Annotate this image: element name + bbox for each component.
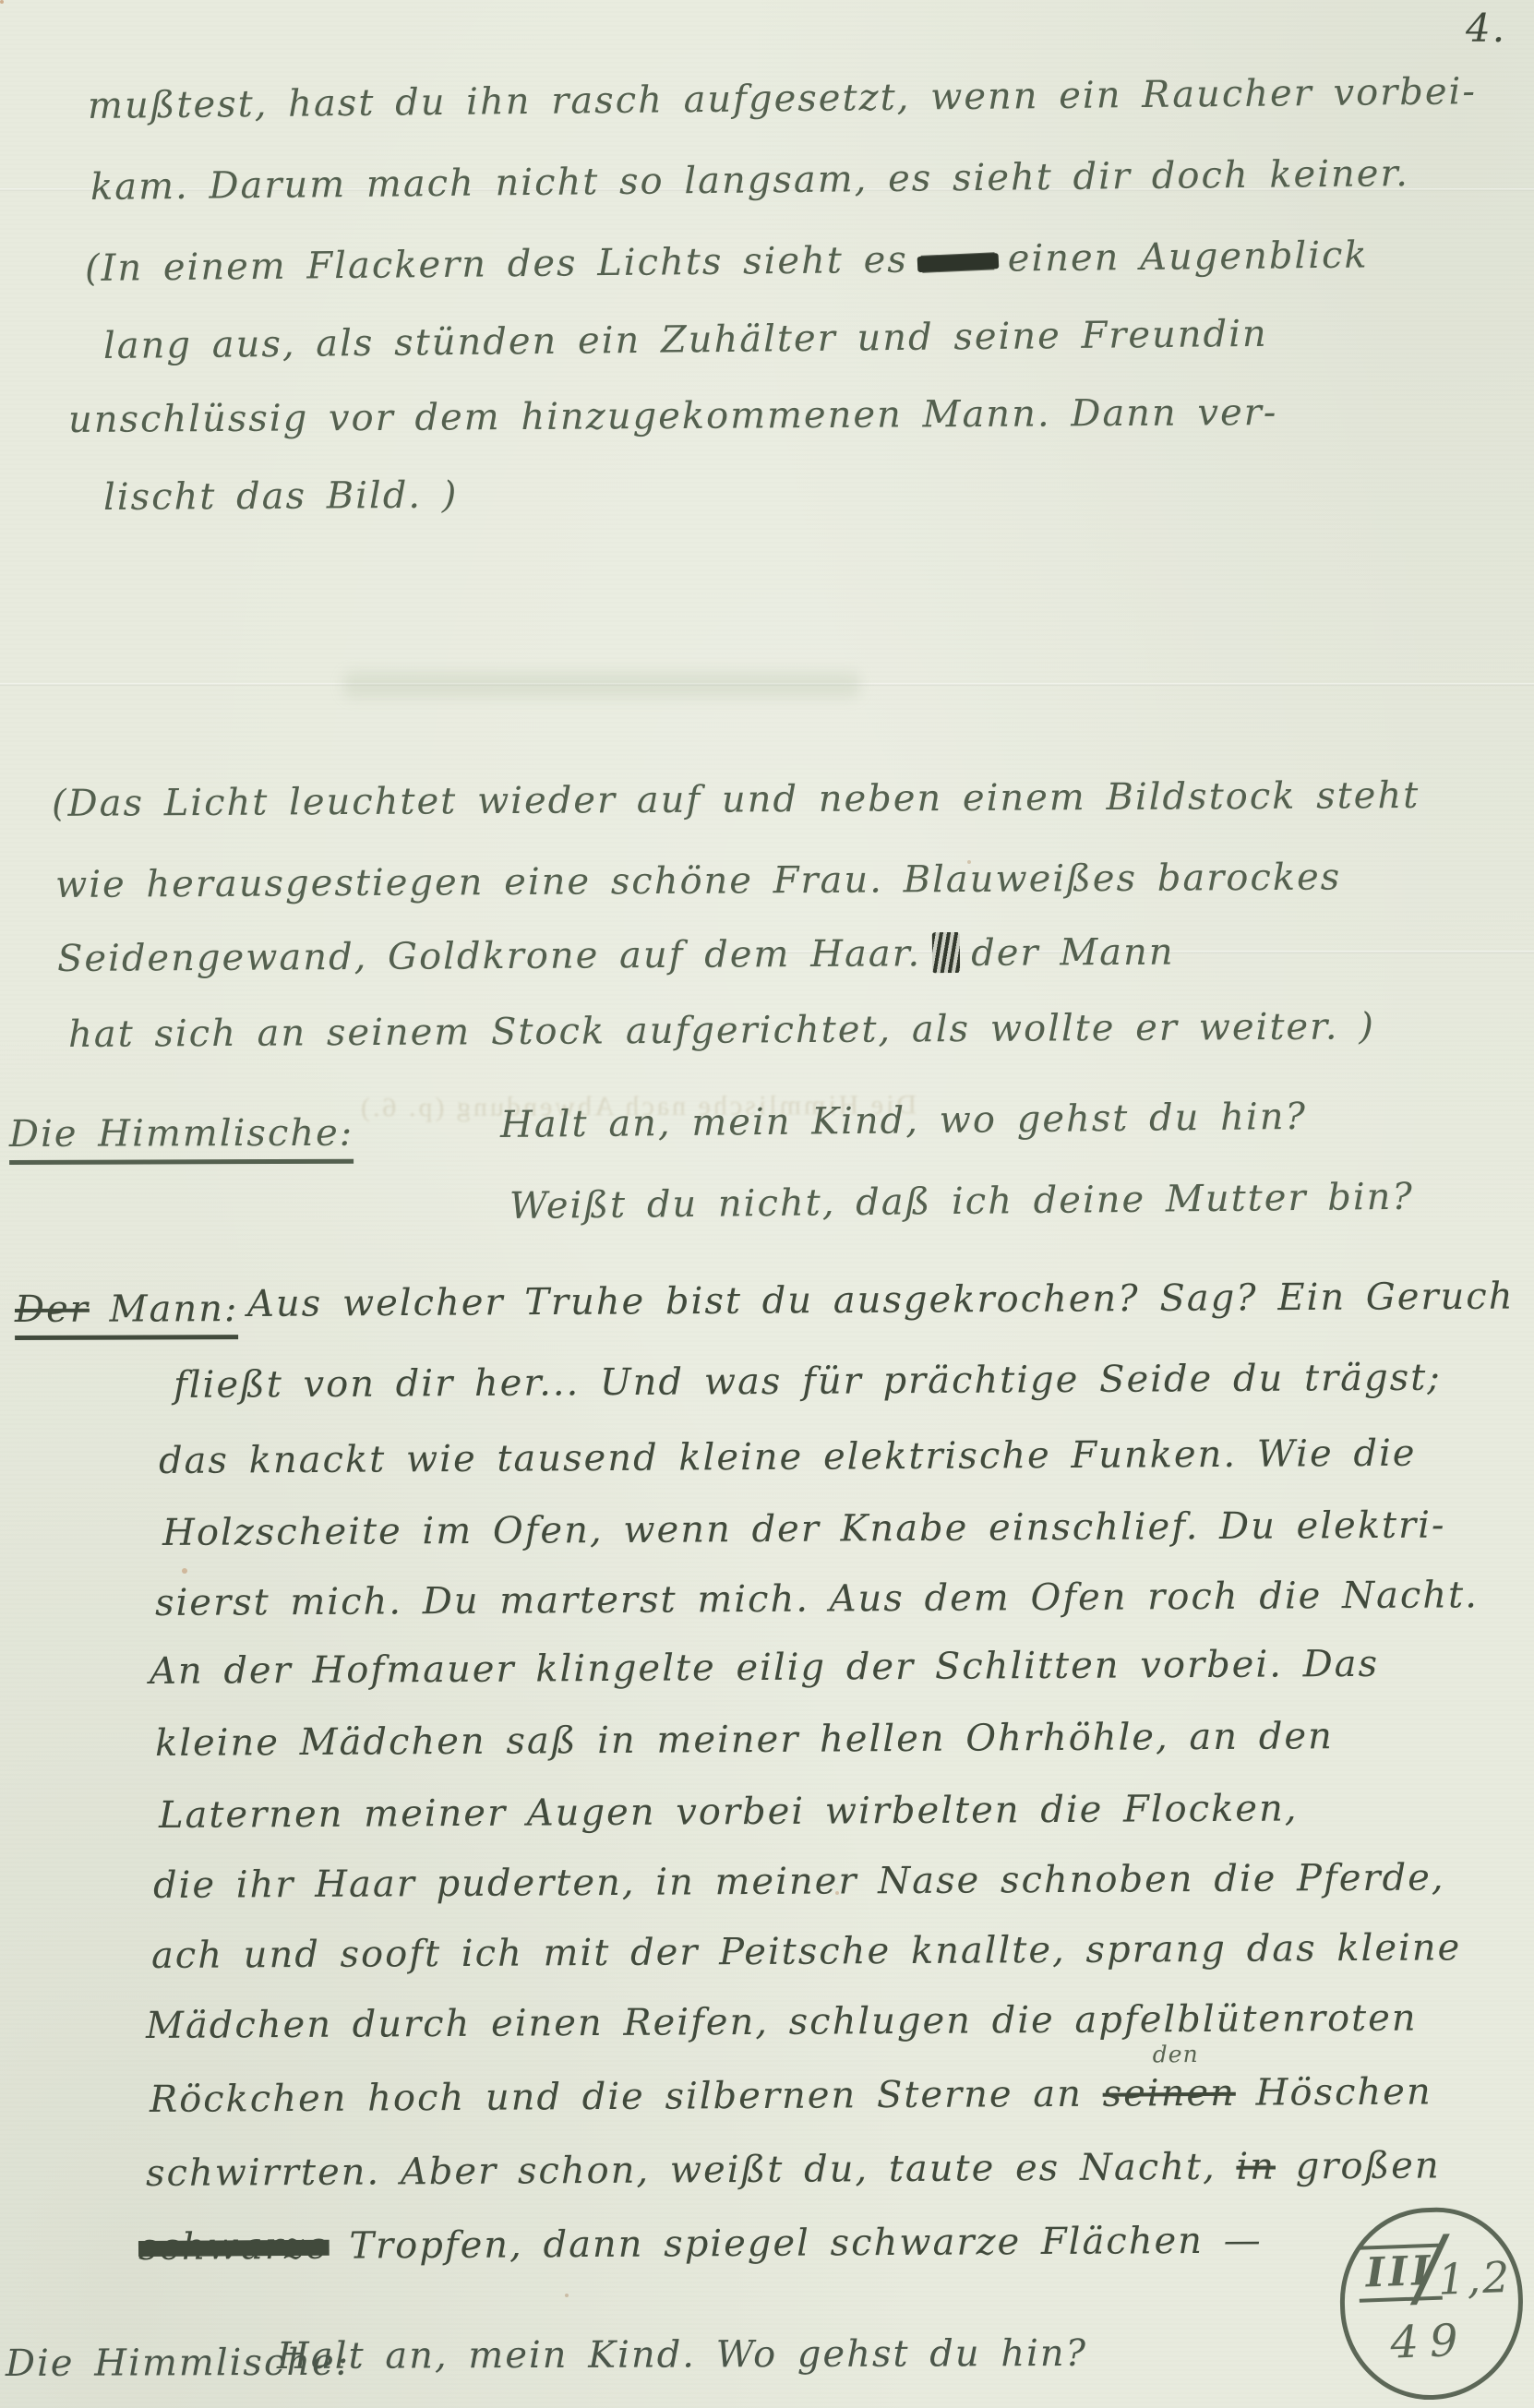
speaker-label: Der Mann: xyxy=(15,1288,239,1331)
speaker-label: Die Himmlische: xyxy=(9,1112,354,1156)
manuscript-line: unschlüssig vor dem hinzugekommenen Mann… xyxy=(68,391,1278,441)
speaker-name-text: Mann: xyxy=(110,1288,239,1330)
stamp-number-pair: 1,2 xyxy=(1437,2252,1512,2305)
archive-stamp: III / 1,2 49 xyxy=(1336,2205,1526,2403)
line-segment: (In einem Flackern des Lichts sieht es xyxy=(85,239,908,290)
dialogue-line: Aus welcher Truhe bist du ausgekrochen? … xyxy=(247,1276,1515,1325)
manuscript-line: hat sich an seinem Stock aufgerichtet, a… xyxy=(68,1005,1375,1056)
dialogue-line: schwarze Tropfen, dann spiegel schwarze … xyxy=(138,2220,1263,2269)
paper-specks xyxy=(0,0,4,4)
manuscript-line: Seidengewand, Goldkrone auf dem Haar.der… xyxy=(57,931,1175,980)
dialogue-line: sierst mich. Du marterst mich. Aus dem O… xyxy=(155,1574,1479,1624)
strikethrough-word: Der xyxy=(15,1288,90,1331)
struck-text: seinen xyxy=(1103,2072,1236,2115)
dialogue-line: Laternen meiner Augen vorbei wirbelten d… xyxy=(159,1787,1299,1837)
erased-smudge xyxy=(343,672,860,698)
line-segment: Röckchen hoch und die silbernen Sterne a… xyxy=(150,2073,1103,2121)
line-segment: Seidengewand, Goldkrone auf dem Haar. xyxy=(57,932,921,980)
strikethrough-word: seinenden xyxy=(1103,2072,1236,2115)
manuscript-line: lang aus, als stünden ein Zuhälter und s… xyxy=(103,313,1268,367)
line-segment: der Mann xyxy=(971,931,1175,975)
speaker-name: Die Himmlische: xyxy=(9,1112,354,1165)
dialogue-line: die ihr Haar puderten, in meiner Nase sc… xyxy=(153,1856,1445,1907)
ink-blot xyxy=(917,253,999,272)
manuscript-line: wie herausgestiegen eine schöne Frau. Bl… xyxy=(55,856,1342,906)
strikethrough-word: in xyxy=(1236,2146,1276,2188)
ink-scribble xyxy=(932,932,960,973)
manuscript-line: mußtest, hast du ihn rasch aufgesetzt, w… xyxy=(88,70,1477,127)
line-segment: Tropfen, dann spiegel schwarze Flächen — xyxy=(330,2220,1263,2268)
dialogue-line: Weißt du nicht, daß ich deine Mutter bin… xyxy=(509,1176,1414,1228)
dialogue-line: fließt von dir her... Und was für prächt… xyxy=(174,1357,1442,1407)
dialogue-line: kleine Mädchen saß in meiner hellen Ohrh… xyxy=(155,1715,1334,1765)
manuscript-page: Die Himmlische nach Abwendung (p. 6.) 4.… xyxy=(0,0,1534,2408)
manuscript-line: lischt das Bild. ) xyxy=(103,474,459,519)
line-segment: einen Augenblick xyxy=(1008,234,1369,280)
stamp-number-bottom: 49 xyxy=(1389,2315,1469,2369)
dialogue-line: Halt an, mein Kind, wo gehst du hin? xyxy=(500,1096,1307,1146)
speaker-name: Der Mann: xyxy=(15,1288,239,1340)
line-segment: Höschen xyxy=(1236,2071,1432,2114)
dialogue-line: Halt an, mein Kind. Wo gehst du hin? xyxy=(277,2332,1087,2378)
dialogue-line: das knackt wie tausend kleine elektrisch… xyxy=(159,1432,1417,1482)
obliterated-word: schwarze xyxy=(138,2225,330,2269)
dialogue-line: Holzscheite im Ofen, wenn der Knabe eins… xyxy=(162,1504,1446,1554)
manuscript-line: (In einem Flackern des Lichts sieht esei… xyxy=(85,234,1369,290)
line-segment: schwirrten. Aber schon, weißt du, taute … xyxy=(146,2146,1237,2195)
line-segment: großen xyxy=(1276,2144,1441,2187)
page-number: 4. xyxy=(1466,6,1506,51)
dialogue-line: schwirrten. Aber schon, weißt du, taute … xyxy=(146,2144,1441,2195)
dialogue-line: An der Hofmauer klingelte eilig der Schl… xyxy=(150,1643,1379,1693)
manuscript-line: (Das Licht leuchtet wieder auf und neben… xyxy=(52,774,1420,825)
dialogue-line: ach und sooft ich mit der Peitsche knall… xyxy=(151,1926,1462,1977)
dialogue-line: Röckchen hoch und die silbernen Sterne a… xyxy=(150,2071,1432,2121)
dialogue-line: Mädchen durch einen Reifen, schlugen die… xyxy=(146,1997,1418,2047)
manuscript-line: kam. Darum mach nicht so langsam, es sie… xyxy=(90,152,1409,209)
inserted-word: den xyxy=(1153,2041,1199,2067)
